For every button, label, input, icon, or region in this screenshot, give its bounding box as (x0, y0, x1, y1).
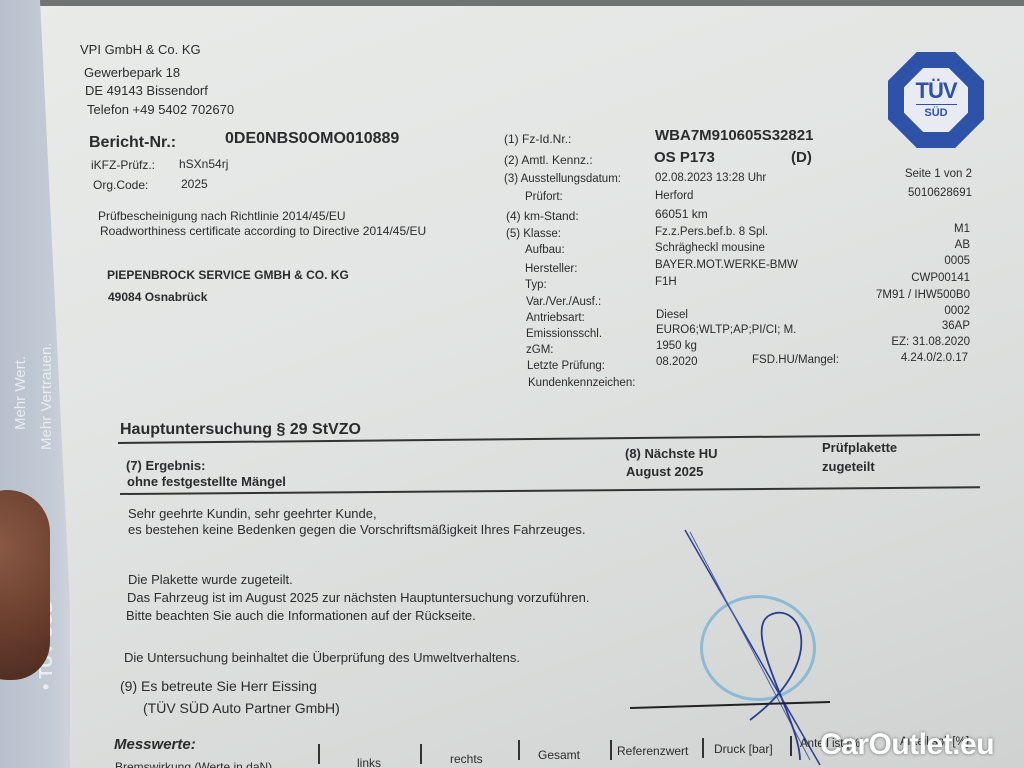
label-km: (4) km-Stand: (506, 209, 579, 223)
value-fsd: 4.24.0/2.0.17 (860, 352, 968, 364)
column-separator (318, 744, 320, 764)
value-ausstellungsdatum: 02.08.2023 13:28 Uhr (655, 172, 766, 184)
org-code-label: Org.Code: (93, 178, 148, 192)
value-fz-id: WBA7M910605S32821 (655, 127, 813, 144)
column-separator (420, 744, 422, 764)
result-label: (7) Ergebnis: (126, 458, 205, 473)
label-emission: Emissionsschl. (526, 328, 602, 340)
column-gesamt: Gesamt (538, 748, 580, 762)
paper-edge (0, 0, 1024, 6)
issuer-name: VPI GmbH & Co. KG (80, 42, 201, 57)
label-kundenkennzeichen: Kundenkennzeichen: (528, 377, 635, 389)
value-country: (D) (791, 149, 812, 166)
inspector-company: (TÜV SÜD Auto Partner GmbH) (143, 700, 340, 716)
letter-line: Die Untersuchung beinhaltet die Überprüf… (124, 650, 520, 665)
issuer-city: DE 49143 Bissendorf (85, 83, 208, 98)
value-emission: EURO6;WLTP;AP;PI/CI; M. (656, 324, 796, 336)
letter-line: es bestehen keine Bedenken gegen die Vor… (128, 522, 585, 537)
code-emission: 36AP (860, 320, 970, 332)
measurements-title: Messwerte: (114, 736, 196, 753)
label-antriebsart: Antriebsart: (526, 312, 585, 324)
column-rechts: rechts (450, 752, 483, 766)
value-kennz: OS P173 (654, 149, 715, 166)
owner-city: 49084 Osnabrück (108, 290, 207, 304)
code-aufbau: AB (860, 239, 970, 251)
logo-tuv-text: TÜV (916, 78, 957, 105)
value-letzte-pruefung: 08.2020 (656, 356, 698, 368)
column-separator (702, 738, 704, 758)
next-hu-label: (8) Nächste HU (625, 446, 717, 461)
label-variante: Var./Ver./Ausf.: (526, 296, 601, 308)
measurements-row-label: Bremswirkung (Werte in daN) (115, 760, 272, 768)
label-fz-id: (1) Fz-Id.Nr.: (504, 132, 571, 146)
carOutlet-watermark: CarOutlet.eu (820, 728, 994, 762)
letter-line: Bitte beachten Sie auch die Informatione… (126, 608, 476, 623)
code-antriebsart: 0002 (860, 305, 970, 317)
value-ez: EZ: 31.08.2020 (840, 336, 970, 348)
thumb (0, 490, 50, 680)
inspection-title: Hauptuntersuchung § 29 StVZO (120, 421, 361, 439)
label-letzte-pruefung: Letzte Prüfung: (527, 360, 605, 372)
value-typ: F1H (655, 276, 677, 288)
page-code: 5010628691 (860, 187, 972, 199)
letter-line: Die Plakette wurde zugeteilt. (128, 572, 293, 587)
ikfz-label: iKFZ-Prüfz.: (91, 158, 155, 172)
code-typ: CWP00141 (860, 272, 970, 284)
label-pruefort: Prüfort: (525, 191, 563, 203)
value-km: 66051 km (655, 207, 708, 221)
org-code-value: 2025 (181, 177, 208, 191)
side-strip-text: Mehr Vertrauen. (38, 342, 55, 450)
column-separator (610, 740, 612, 760)
value-klasse: Fz.z.Pers.bef.b. 8 Spl. (655, 226, 768, 238)
column-separator (518, 740, 520, 760)
label-klasse: (5) Klasse: (506, 228, 561, 240)
value-zgm: 1950 kg (656, 340, 697, 352)
result-value: ohne festgestellte Mängel (127, 474, 286, 489)
letter-greeting: Sehr geehrte Kundin, sehr geehrter Kunde… (128, 506, 377, 521)
sticker-value: zugeteilt (822, 459, 875, 474)
label-hersteller: Hersteller: (525, 263, 577, 275)
certificate-en: Roadworthiness certificate according to … (100, 224, 426, 238)
label-zgm: zGM: (526, 344, 553, 356)
page-label: Seite 1 von 2 (860, 168, 972, 180)
issuer-street: Gewerbepark 18 (84, 65, 180, 80)
tuv-sud-logo: TÜV SÜD (888, 52, 984, 148)
label-aufbau: Aufbau: (525, 244, 565, 256)
value-hersteller: BAYER.MOT.WERKE-BMW (655, 259, 798, 271)
column-druck: Druck [bar] (714, 742, 773, 756)
label-kennz: (2) Amtl. Kennz.: (504, 153, 593, 167)
label-ausstellungsdatum: (3) Ausstellungsdatum: (504, 173, 621, 185)
next-hu-value: August 2025 (626, 464, 703, 479)
column-links: links (357, 756, 381, 768)
ikfz-value: hSXn54rj (179, 157, 228, 171)
code-hersteller: 0005 (860, 255, 970, 267)
code-variante: 7M91 / IHW500B0 (840, 289, 970, 301)
sticker-label: Prüfplakette (822, 440, 897, 455)
report-number-label: Bericht-Nr.: (89, 134, 176, 152)
column-separator (790, 736, 792, 756)
side-strip-text: Mehr Wert. (12, 356, 29, 430)
value-pruefort: Herford (655, 190, 693, 202)
logo-sud-text: SÜD (904, 107, 968, 119)
label-typ: Typ: (525, 279, 547, 291)
owner-name: PIEPENBROCK SERVICE GMBH & CO. KG (107, 268, 349, 282)
label-fsd: FSD.HU/Mangel: (752, 354, 839, 366)
inspector-name: (9) Es betreute Sie Herr Eissing (120, 678, 317, 694)
letter-line: Das Fahrzeug ist im August 2025 zur näch… (127, 590, 590, 605)
issuer-phone: Telefon +49 5402 702670 (87, 102, 234, 117)
value-antriebsart: Diesel (656, 309, 688, 321)
value-aufbau: Schrägheckl mousine (655, 242, 765, 254)
certificate-de: Prüfbescheinigung nach Richtlinie 2014/4… (98, 209, 346, 223)
code-klasse: M1 (860, 223, 970, 235)
column-referenzwert: Referenzwert (617, 744, 688, 758)
signature (600, 520, 840, 768)
report-number: 0DE0NBS0OMO010889 (225, 130, 399, 148)
